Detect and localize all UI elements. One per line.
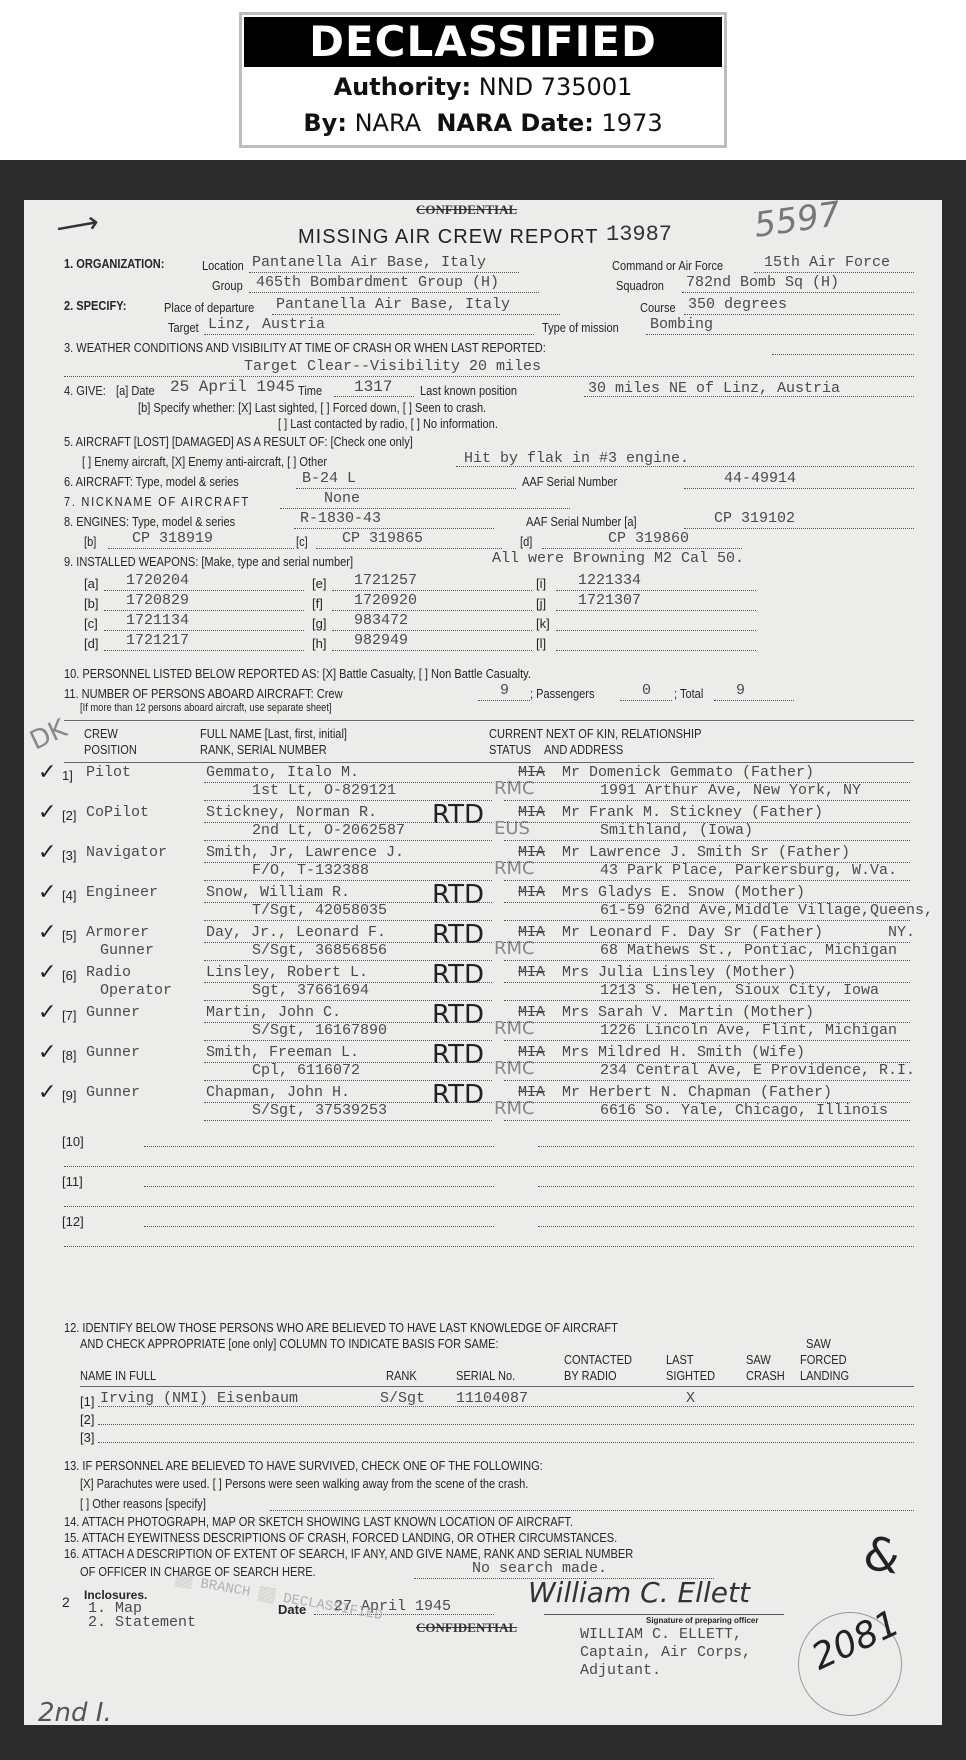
crew-kin: Mrs Julia Linsley (Mother)	[562, 964, 796, 981]
handwritten-rtd: RTD	[432, 1000, 484, 1030]
crew-name: Chapman, John H.	[206, 1084, 350, 1101]
row-check-mark: ✓	[38, 880, 56, 905]
handwritten-rtd: RTD	[432, 920, 484, 950]
witness-name: Irving (NMI) Eisenbaum	[100, 1390, 298, 1407]
handwritten-rtd: RTD	[432, 800, 484, 830]
crew-row-number: [6]	[62, 968, 76, 983]
field-line	[204, 1062, 492, 1063]
report-number: 13987	[606, 222, 672, 247]
s12-header-forced-0: SAW	[806, 1336, 835, 1351]
crew-row-number: [3]	[62, 848, 76, 863]
s12-header-rank: RANK	[386, 1368, 422, 1383]
s1-command-value: 15th Air Force	[764, 254, 890, 271]
s7-label: 7. NICKNAME OF AIRCRAFT	[64, 494, 283, 509]
crew-rank-serial: F/O, T-132388	[252, 862, 369, 879]
field-line	[504, 1022, 910, 1023]
crew-name: Stickney, Norman R.	[206, 804, 377, 821]
witness-row-number: [3]	[80, 1430, 94, 1445]
s10-text: 10. PERSONNEL LISTED BELOW REPORTED AS: …	[64, 666, 613, 681]
divider	[64, 762, 914, 763]
crew-row-number: 1]	[62, 768, 73, 783]
crew-header-name-2: RANK, SERIAL NUMBER	[200, 742, 349, 757]
field-line	[332, 630, 532, 631]
s1-command-label: Command or Air Force	[612, 258, 743, 273]
signature-label: Signature of preparing officer	[646, 1616, 758, 1625]
crew-row-number: [7]	[62, 1008, 76, 1023]
by-value: NARA	[355, 109, 422, 137]
margin-pen-mark: ⟶	[53, 205, 101, 247]
s6-serial-value: 44-49914	[724, 470, 796, 487]
crew-kin: Mr Leonard F. Day Sr (Father)	[562, 924, 823, 941]
crew-row-number: [4]	[62, 888, 76, 903]
crew-position: CoPilot	[86, 804, 149, 821]
field-line	[270, 1510, 914, 1511]
crew-address: 68 Mathews St., Pontiac, Michigan	[600, 942, 897, 959]
crew-rank-serial: S/Sgt, 16167890	[252, 1022, 387, 1039]
s7-value: None	[324, 490, 360, 507]
crew-status: MIA	[518, 884, 545, 901]
field-line	[556, 630, 756, 631]
signer-name: WILLIAM C. ELLETT,	[580, 1626, 742, 1643]
s11-crew: 9	[500, 682, 509, 699]
s3-label: 3. WEATHER CONDITIONS AND VISIBILITY AT …	[64, 340, 631, 355]
authority-label: Authority:	[334, 73, 471, 101]
s9-note: All were Browning M2 Cal 50.	[492, 550, 744, 567]
field-line	[204, 782, 492, 783]
handwritten-bottom-note: 2nd I.	[38, 1698, 112, 1728]
field-line	[556, 650, 756, 651]
s14-text: 14. ATTACH PHOTOGRAPH, MAP OR SKETCH SHO…	[64, 1514, 663, 1529]
field-line	[504, 822, 910, 823]
weapon-serial: 1721134	[126, 612, 189, 629]
divider	[64, 720, 914, 721]
crew-row-number: [8]	[62, 1048, 76, 1063]
crew-kin: Mrs Gladys E. Snow (Mother)	[562, 884, 805, 901]
field-line	[504, 800, 910, 801]
weapon-serial: 1721217	[126, 632, 189, 649]
row-check-mark: ✓	[38, 920, 56, 945]
weapon-serial: 982949	[354, 632, 408, 649]
crew-address: Smithland, (Iowa)	[600, 822, 753, 839]
field-line	[104, 590, 304, 591]
s12-header-sighted-1: LAST	[666, 1352, 699, 1367]
crew-header-name-1: FULL NAME [Last, first, initial]	[200, 726, 373, 741]
field-line	[556, 590, 756, 591]
s11-total: 9	[736, 682, 745, 699]
s8-serial-d: CP 319860	[608, 530, 689, 547]
s2-mission-value: Bombing	[650, 316, 713, 333]
crew-name: Martin, John C.	[206, 1004, 341, 1021]
field-line	[478, 700, 530, 701]
field-line	[104, 610, 304, 611]
field-line	[504, 960, 910, 961]
row-check-mark: ✓	[38, 840, 56, 865]
stamp-title: DECLASSIFIED	[244, 17, 722, 67]
field-line	[772, 354, 914, 355]
s8-serial-b: CP 318919	[132, 530, 213, 547]
field-line	[504, 862, 910, 863]
field-line	[714, 700, 794, 701]
s12-line1: 12. IDENTIFY BELOW THOSE PERSONS WHO ARE…	[64, 1320, 716, 1335]
crew-row-number: [11]	[62, 1174, 83, 1189]
report-title: MISSING AIR CREW REPORT	[298, 226, 598, 249]
crew-name: Snow, William R.	[206, 884, 350, 901]
s1-squadron-value: 782nd Bomb Sq (H)	[686, 274, 839, 291]
s12-header-crash-1: SAW	[746, 1352, 775, 1367]
witness-row-number: [1]	[80, 1394, 94, 1409]
crew-row-number: [12]	[62, 1214, 84, 1229]
s13-line2: [ ] Other reasons [specify]	[80, 1496, 228, 1511]
s4-specify-line1: [b] Specify whether: [X] Last sighted, […	[138, 400, 548, 415]
crew-rank-serial: Cpl, 6116072	[252, 1062, 360, 1079]
field-line	[104, 650, 304, 651]
handwritten-rtd: RTD	[432, 1080, 484, 1110]
stamp-authority: Authority: NND 735001	[242, 69, 724, 105]
field-line	[684, 528, 914, 529]
s12-header-radio-1: CONTACTED	[564, 1352, 644, 1367]
s4-position-label: Last known position	[420, 383, 534, 398]
field-line	[98, 1424, 914, 1425]
field-line	[108, 548, 294, 549]
s1-squadron-label: Squadron	[616, 278, 672, 293]
crew-kin: Mr Domenick Gemmato (Father)	[562, 764, 814, 781]
s8-d-key: [d]	[520, 534, 534, 549]
field-line	[646, 334, 914, 335]
s4-specify-line2: [ ] Last contacted by radio, [ ] No info…	[278, 416, 537, 431]
field-line	[204, 982, 492, 983]
crew-position: Navigator	[86, 844, 167, 861]
s11-label: 11. NUMBER OF PERSONS ABOARD AIRCRAFT: C…	[64, 686, 392, 701]
row-check-mark: ✓	[38, 760, 56, 785]
row-check-mark: ✓	[38, 800, 56, 825]
divider	[80, 1386, 914, 1387]
declassified-stamp: DECLASSIFIED Authority: NND 735001 By: N…	[239, 12, 727, 148]
weapon-key: [a]	[84, 576, 98, 591]
row-check-mark: ✓	[38, 1080, 56, 1105]
crew-header-position-1: CREW	[84, 726, 124, 741]
handwritten-initials: &	[860, 1525, 905, 1584]
s8-label: 8. ENGINES: Type, model & series	[64, 514, 265, 529]
weapon-serial: 1221334	[578, 572, 641, 589]
field-line	[504, 1062, 910, 1063]
crew-header-position-2: POSITION	[84, 742, 146, 757]
crew-rank-serial: S/Sgt, 36856856	[252, 942, 387, 959]
field-line	[249, 292, 539, 293]
field-line	[204, 1120, 492, 1121]
signature: William C. Ellett	[528, 1576, 750, 1609]
s11-total-label: ; Total	[674, 686, 708, 701]
s16-line1: 16. ATTACH A DESCRIPTION OF EXTENT OF SE…	[64, 1546, 734, 1561]
s2-course-label: Course	[640, 300, 682, 315]
s11-passengers: 0	[642, 682, 651, 699]
crew-header-kin-1: CURRENT NEXT OF KIN, RELATIONSHIP	[489, 726, 739, 741]
s4-position-value: 30 miles NE of Linz, Austria	[588, 380, 840, 397]
s8-b-key: [b]	[84, 534, 98, 549]
s2-target-label: Target	[168, 320, 204, 335]
weapon-key: [d]	[84, 636, 98, 651]
s12-header-forced-1: FORCED	[800, 1352, 855, 1367]
inclosure-count: 2	[62, 1594, 70, 1610]
crew-position: Pilot	[86, 764, 131, 781]
classification-top: CONFIDENTIAL	[416, 202, 517, 218]
signature-line	[544, 1614, 784, 1615]
field-line	[204, 334, 534, 335]
field-line	[98, 1442, 914, 1443]
weapon-key: [g]	[312, 616, 326, 631]
signer-title: Adjutant.	[580, 1662, 661, 1679]
weapon-key: [i]	[536, 576, 546, 591]
s5-label: 5. AIRCRAFT [LOST] [DAMAGED] AS A RESULT…	[64, 434, 474, 449]
crew-kin: Mr Herbert N. Chapman (Father)	[562, 1084, 832, 1101]
s2-departure-label: Place of departure	[164, 300, 270, 315]
crew-address: 43 Park Place, Parkersburg, W.Va.	[600, 862, 897, 879]
crew-header-status: STATUS	[489, 742, 538, 757]
weapon-serial: 1721257	[354, 572, 417, 589]
crew-rank-serial: T/Sgt, 42058035	[252, 902, 387, 919]
field-line	[684, 314, 914, 315]
crew-kin-suffix: NY.	[888, 924, 915, 941]
crew-position: Armorer	[86, 924, 149, 941]
handwritten-rtd: RTD	[432, 1040, 484, 1070]
field-line	[504, 782, 910, 783]
field-line	[64, 1246, 914, 1247]
crew-address: 1991 Arthur Ave, New York, NY	[600, 782, 861, 799]
crew-name: Linsley, Robert L.	[206, 964, 368, 981]
inclosure-2: 2. Statement	[88, 1614, 196, 1631]
field-line	[280, 508, 570, 509]
crew-rank-serial: S/Sgt, 37539253	[252, 1102, 387, 1119]
field-line	[272, 314, 560, 315]
crew-kin: Mr Lawrence J. Smith Sr (Father)	[562, 844, 850, 861]
field-line	[504, 982, 910, 983]
row-check-mark: ✓	[38, 1000, 56, 1025]
field-line	[620, 700, 672, 701]
s16-value: No search made.	[472, 1560, 607, 1577]
s4-time-value: 1317	[354, 378, 392, 396]
field-line	[504, 1102, 910, 1103]
field-line	[504, 1080, 910, 1081]
s15-text: 15. ATTACH EYEWITNESS DESCRIPTIONS OF CR…	[64, 1530, 715, 1545]
signer-rank: Captain, Air Corps,	[580, 1644, 751, 1661]
weapon-key: [e]	[312, 576, 326, 591]
field-line	[504, 902, 910, 903]
s4-label: 4. GIVE:	[64, 383, 113, 398]
s2-target-value: Linz, Austria	[208, 316, 325, 333]
s5-options: [ ] Enemy aircraft, [X] Enemy anti-aircr…	[82, 454, 370, 469]
field-line	[504, 1120, 910, 1121]
weapon-key: [b]	[84, 596, 98, 611]
crew-address: 6616 So. Yale, Chicago, Illinois	[600, 1102, 888, 1119]
witness-row-number: [2]	[80, 1412, 94, 1427]
crew-row-number: [5]	[62, 928, 76, 943]
weapon-serial: 1720920	[354, 592, 417, 609]
crew-rank-serial: Sgt, 37661694	[252, 982, 369, 999]
witness-serial: 11104087	[456, 1390, 528, 1407]
field-line	[332, 610, 532, 611]
field-line	[64, 1206, 914, 1207]
field-line	[144, 1226, 494, 1227]
field-line	[504, 880, 910, 881]
s4-time-label: Time	[298, 383, 326, 398]
field-line	[684, 488, 914, 489]
field-line	[542, 548, 742, 549]
nara-date-value: 1973	[602, 109, 663, 137]
field-line	[249, 272, 519, 273]
field-line	[334, 396, 414, 397]
s2-label: 2. SPECIFY:	[64, 298, 137, 313]
nara-date-label: NARA Date:	[436, 109, 594, 137]
crew-position: Engineer	[86, 884, 158, 901]
s8-serial-a: CP 319102	[714, 510, 795, 527]
field-line	[538, 1226, 914, 1227]
crew-position-2: Operator	[100, 982, 172, 999]
classification-bottom: CONFIDENTIAL	[416, 1620, 517, 1636]
s8-type-value: R-1830-43	[300, 510, 381, 527]
field-line	[504, 1000, 910, 1001]
crew-name: Smith, Jr, Lawrence J.	[206, 844, 404, 861]
weapon-key: [k]	[536, 616, 550, 631]
by-label: By:	[303, 109, 347, 137]
weapon-serial: 983472	[354, 612, 408, 629]
row-check-mark: ✓	[38, 1040, 56, 1065]
field-line	[504, 942, 910, 943]
s1-location-value: Pantanella Air Base, Italy	[252, 254, 486, 271]
crew-position: Radio	[86, 964, 131, 981]
field-line	[204, 1022, 492, 1023]
crew-position: Gunner	[86, 1044, 140, 1061]
crew-status: MIA	[518, 964, 545, 981]
authority-value: NND 735001	[479, 73, 633, 101]
weapon-key: [l]	[536, 636, 546, 651]
crew-rank-serial: 2nd Lt, O-2062587	[252, 822, 405, 839]
witness-rank: S/Sgt	[380, 1390, 425, 1407]
field-line	[316, 548, 502, 549]
witness-last-sighted: X	[686, 1390, 695, 1407]
crew-header-kin-2: AND ADDRESS	[544, 742, 637, 757]
field-line	[332, 590, 532, 591]
report-page: ⟶ CONFIDENTIAL MISSING AIR CREW REPORT 1…	[24, 200, 942, 1725]
weapon-key: [h]	[312, 636, 326, 651]
field-line	[204, 862, 492, 863]
stamp-by: By: NARA NARA Date: 1973	[242, 105, 724, 141]
s4-date-value: 25 April 1945	[170, 378, 295, 396]
scan-frame: ⟶ CONFIDENTIAL MISSING AIR CREW REPORT 1…	[0, 160, 966, 1760]
s4-date-label: [a] Date	[116, 383, 162, 398]
s11-passengers-label: ; Passengers	[530, 686, 606, 701]
crew-name: Gemmato, Italo M.	[206, 764, 359, 781]
handwritten-rtd: RTD	[432, 960, 484, 990]
field-line	[504, 840, 910, 841]
crew-address: 1213 S. Helen, Sioux City, Iowa	[600, 982, 879, 999]
s3-value: Target Clear--Visibility 20 miles	[244, 358, 541, 375]
s2-mission-label: Type of mission	[542, 320, 632, 335]
s8-serial-label: AAF Serial Number [a]	[526, 514, 656, 529]
field-line	[538, 1146, 914, 1147]
s2-course-value: 350 degrees	[688, 296, 787, 313]
crew-kin: Mr Frank M. Stickney (Father)	[562, 804, 823, 821]
crew-name: Smith, Freeman L.	[206, 1044, 359, 1061]
s11-note: [If more than 12 persons aboard aircraft…	[80, 702, 376, 714]
field-line	[504, 920, 910, 921]
s1-location-label: Location	[202, 258, 251, 273]
s1-group-label: Group	[212, 278, 248, 293]
crew-position: Gunner	[86, 1004, 140, 1021]
s1-group-value: 465th Bombardment Group (H)	[256, 274, 499, 291]
crew-position: Gunner	[86, 1084, 140, 1101]
s12-header-radio-2: BY RADIO	[564, 1368, 626, 1383]
field-line	[556, 610, 756, 611]
s13-line1: [X] Parachutes were used. [ ] Persons we…	[80, 1476, 607, 1491]
crew-address: 1226 Lincoln Ave, Flint, Michigan	[600, 1022, 897, 1039]
field-line	[144, 1146, 494, 1147]
field-line	[682, 292, 914, 293]
field-line	[504, 1040, 910, 1041]
field-line	[584, 396, 914, 397]
field-line	[204, 902, 492, 903]
s12-header-sighted-2: SIGHTED	[666, 1368, 724, 1383]
field-line	[332, 650, 532, 651]
field-line	[98, 1406, 914, 1407]
s6-serial-label: AAF Serial Number	[522, 474, 634, 489]
crew-row-number: [2]	[62, 808, 76, 823]
field-line	[294, 528, 494, 529]
field-line	[296, 488, 516, 489]
s8-c-key: [c]	[296, 534, 310, 549]
s6-type-value: B-24 L	[302, 470, 356, 487]
s5-other-value: Hit by flak in #3 engine.	[464, 450, 689, 467]
s1-label: 1. ORGANIZATION:	[64, 256, 182, 271]
s9-label: 9. INSTALLED WEAPONS: [Make, type and se…	[64, 554, 404, 569]
field-line	[204, 1102, 492, 1103]
weapon-key: [f]	[312, 596, 323, 611]
crew-address: 234 Central Ave, E Providence, R.I.	[600, 1062, 915, 1079]
weapon-serial: 1720204	[126, 572, 189, 589]
crew-kin: Mrs Sarah V. Martin (Mother)	[562, 1004, 814, 1021]
field-line	[204, 942, 492, 943]
s12-line2: AND CHECK APPROPRIATE [one only] COLUMN …	[80, 1336, 572, 1351]
crew-rank-serial: 1st Lt, O-829121	[252, 782, 396, 799]
handwritten-number: 5597	[752, 194, 843, 246]
s12-header-name: NAME IN FULL	[80, 1368, 170, 1383]
field-line	[538, 1186, 914, 1187]
s12-header-forced-2: LANDING	[800, 1368, 858, 1383]
field-line	[104, 630, 304, 631]
s2-departure-value: Pantanella Air Base, Italy	[276, 296, 510, 313]
crew-address: 61-59 62nd Ave,Middle Village,Queens,	[600, 902, 933, 919]
field-line	[64, 1166, 914, 1167]
field-line	[144, 1186, 494, 1187]
crew-row-number: [10]	[62, 1134, 84, 1149]
field-line	[64, 376, 914, 377]
crew-row-number: [9]	[62, 1088, 76, 1103]
s12-header-crash-2: CRASH	[746, 1368, 792, 1383]
s16-line2: OF OFFICER IN CHARGE OF SEARCH HERE.	[80, 1564, 357, 1579]
s12-header-serial: SERIAL No.	[456, 1368, 526, 1383]
weapon-key: [j]	[536, 596, 546, 611]
row-check-mark: ✓	[38, 960, 56, 985]
crew-name: Day, Jr., Leonard F.	[206, 924, 386, 941]
s8-serial-c: CP 319865	[342, 530, 423, 547]
field-line	[204, 840, 492, 841]
field-line	[754, 272, 914, 273]
weapon-serial: 1721307	[578, 592, 641, 609]
crew-kin: Mrs Mildred H. Smith (Wife)	[562, 1044, 805, 1061]
field-line	[456, 466, 914, 467]
weapon-key: [c]	[84, 616, 98, 631]
field-line	[204, 822, 492, 823]
crew-position-2: Gunner	[100, 942, 154, 959]
s13-label: 13. IF PERSONNEL ARE BELIEVED TO HAVE SU…	[64, 1458, 627, 1473]
